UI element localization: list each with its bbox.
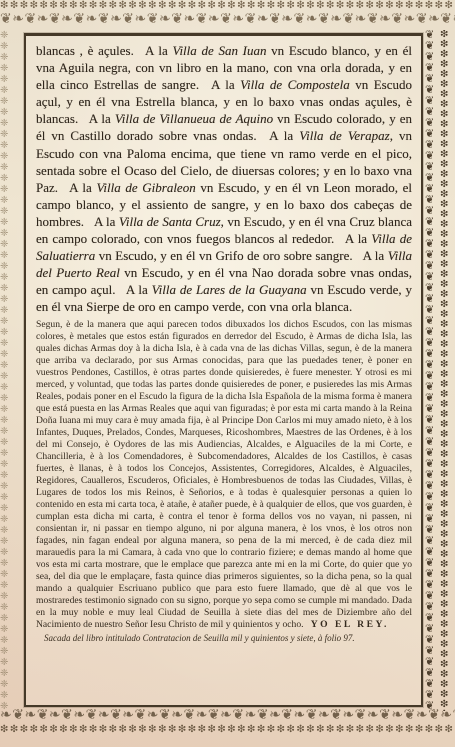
ornament-bottom-scroll-row: ❧❦❧❦❧❦❧❦❧❦❧❦❧❦❧❦❧❦❧❦❧❦❧❦❧❦❧❦❧❦❧❦❧❦❧❦❧❦❧❦… bbox=[0, 708, 455, 724]
ornament-top-scroll-row: ❦❧❦❧❦❧❦❧❦❧❦❧❦❧❦❧❦❧❦❧❦❧❦❧❦❧❦❧❦❧❦❧❦❧❦❧❦❧❦❧… bbox=[0, 12, 455, 28]
ornament-right-dense-column: ❇❇❇❇❇❇❇❇❇❇❇❇❇❇❇❇❇❇❇❇❇❇❇❇❇❇❇❇❇❇❇❇❇❇❇❇❇❇❇❇… bbox=[440, 30, 455, 711]
scanned-decree-page: ❇❇❇❇❇❇❇❇❇❇❇❇❇❇❇❇❇❇❇❇❇❇❇❇❇❇❇❇❇❇❇❇❇❇❇❇❇❇❇❇… bbox=[0, 0, 455, 747]
ornament-right-scroll-column: ❦❦❦❦❦❦❦❦❦❦❦❦❦❦❦❦❦❦❦❦❦❦❦❦❦❦❦❦❦❦❦❦❦❦❦❦❦❦❦❦… bbox=[425, 30, 440, 711]
ornament-border-top: ❇❇❇❇❇❇❇❇❇❇❇❇❇❇❇❇❇❇❇❇❇❇❇❇❇❇❇❇❇❇❇❇❇❇❇❇❇❇❇❇… bbox=[0, 0, 455, 33]
ornament-top-dense-row: ❇❇❇❇❇❇❇❇❇❇❇❇❇❇❇❇❇❇❇❇❇❇❇❇❇❇❇❇❇❇❇❇❇❇❇❇❇❇❇❇… bbox=[0, 0, 455, 12]
colophon-line: Sacada del libro intitulado Contratacion… bbox=[44, 633, 412, 644]
text-frame: blancas , è açules. A la Villa de San Iu… bbox=[24, 33, 423, 707]
decree-paragraph-large: blancas , è açules. A la Villa de San Iu… bbox=[36, 42, 412, 316]
ornament-bottom-dense-row: ❇❇❇❇❇❇❇❇❇❇❇❇❇❇❇❇❇❇❇❇❇❇❇❇❇❇❇❇❇❇❇❇❇❇❇❇❇❇❇❇… bbox=[0, 724, 455, 736]
ornament-border-left: ❈❈❈❈❈❈❈❈❈❈❈❈❈❈❈❈❈❈❈❈❈❈❈❈❈❈❈❈❈❈❈❈❈❈❈❈❈❈❈❈… bbox=[0, 30, 21, 711]
decree-paragraph-small: Segun, è de la manera que aqui parecen t… bbox=[36, 319, 412, 631]
ornament-border-bottom: ❧❦❧❦❧❦❧❦❧❦❧❦❧❦❧❦❧❦❧❦❧❦❧❦❧❦❧❦❧❦❧❦❧❦❧❦❧❦❧❦… bbox=[0, 708, 455, 747]
ornament-border-right: ❦❦❦❦❦❦❦❦❦❦❦❦❦❦❦❦❦❦❦❦❦❦❦❦❦❦❦❦❦❦❦❦❦❦❦❦❦❦❦❦… bbox=[425, 30, 455, 711]
